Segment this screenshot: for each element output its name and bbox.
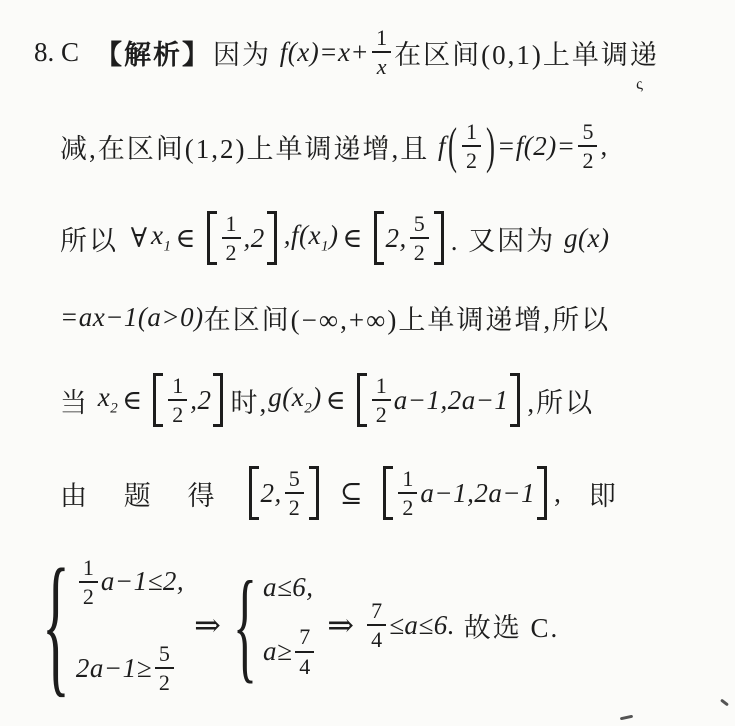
- denominator: 2: [402, 494, 413, 519]
- left-square-bracket: [153, 373, 163, 427]
- big-left-paren: (: [448, 120, 457, 171]
- denominator: 2: [172, 401, 183, 426]
- math-run: f(x)=x+: [280, 37, 369, 68]
- numerator: 1: [79, 556, 98, 583]
- line-1: 8. C 【解析】 因为 f(x)=x+ 1 x 在区间(0,1)上单调递: [34, 16, 727, 88]
- fraction-5-over-2: 5 2: [285, 467, 304, 519]
- variable: x: [151, 220, 163, 250]
- left-square-bracket: [374, 211, 384, 265]
- fraction-7-over-4: 7 4: [367, 599, 386, 651]
- subscript: 2: [110, 401, 118, 417]
- denominator: 2: [289, 494, 300, 519]
- math-run: a≥: [263, 636, 292, 667]
- math-run: ,2: [244, 223, 265, 254]
- denominator: 2: [582, 147, 593, 172]
- fraction-7-over-4: 7 4: [295, 625, 314, 677]
- numerator: 5: [285, 467, 304, 494]
- math-run: ): [312, 382, 322, 412]
- denominator: 4: [299, 653, 310, 678]
- right-square-bracket: [309, 466, 319, 520]
- math-run: f: [438, 131, 446, 162]
- variable-x1: x1: [151, 220, 171, 255]
- fraction-5-over-2: 5 2: [155, 642, 174, 694]
- math-run: ,f(x: [284, 220, 321, 250]
- element-of-symbol: ∈: [326, 385, 346, 416]
- math-run: a−1,2a−1: [420, 478, 535, 509]
- f-of-x1: ,f(x1): [284, 220, 339, 255]
- math-run: ≤a≤6.: [389, 610, 455, 641]
- math-run: a−1≤2,: [101, 566, 184, 597]
- text-run: 在区间(0,1)上单调递: [394, 33, 659, 72]
- inequality-system-2: a≤6, a≥ 7 4: [263, 572, 317, 677]
- implies-symbol: ⇒: [327, 606, 354, 644]
- subscript: 1: [164, 239, 172, 255]
- left-square-bracket: [357, 373, 367, 427]
- text-run: 时,: [230, 381, 268, 420]
- denominator: x: [377, 53, 387, 78]
- math-run: g(x): [564, 223, 609, 254]
- left-square-bracket: [249, 466, 259, 520]
- fraction-1-over-2: 1 2: [462, 120, 481, 172]
- denominator: 2: [159, 669, 170, 694]
- subscript: 1: [321, 239, 329, 255]
- line-2: 减,在区间(1,2)上单调递增,且 f ( 1 2 ) =f(2)= 5 2 ,: [60, 110, 727, 182]
- item-number-and-answer: 8. C: [34, 37, 79, 68]
- math-run: ,2: [190, 385, 211, 416]
- fraction-1-over-2: 1 2: [168, 374, 187, 426]
- math-run: a≤6,: [263, 572, 314, 603]
- variable-x2: x2: [98, 382, 118, 417]
- numerator: 5: [410, 212, 429, 239]
- math-run: 2,: [386, 223, 407, 254]
- math-run: g(x: [268, 382, 304, 412]
- fraction-5-over-2: 5 2: [410, 212, 429, 264]
- text-run: 即: [589, 474, 618, 513]
- solution-document: 8. C 【解析】 因为 f(x)=x+ 1 x 在区间(0,1)上单调递 减,…: [0, 0, 735, 720]
- interval-half-to-2: 1 2 ,2: [146, 373, 230, 427]
- system-left-brace: {: [42, 555, 70, 696]
- math-run: 2,: [261, 478, 282, 509]
- inequality-system-1: 1 2 a−1≤2, 2a−1≥ 5 2: [76, 556, 184, 694]
- fraction-1-over-x: 1 x: [372, 26, 391, 78]
- numerator: 1: [462, 120, 481, 147]
- left-square-bracket: [207, 211, 217, 265]
- right-square-bracket: [213, 373, 223, 427]
- numerator: 1: [222, 212, 241, 239]
- interval-a-expression: 1 2 a−1,2a−1: [350, 373, 528, 427]
- big-right-paren: ): [486, 120, 495, 171]
- denominator: 4: [371, 626, 382, 651]
- right-square-bracket: [537, 466, 547, 520]
- fraction-1-over-2: 1 2: [372, 374, 391, 426]
- analysis-tag: 【解析】: [95, 33, 211, 72]
- right-square-bracket: [510, 373, 520, 427]
- fraction-5-over-2: 5 2: [578, 120, 597, 172]
- line-4: =ax−1(a>0) 在区间(−∞,+∞)上单调递增,所以: [60, 288, 727, 346]
- denominator: 2: [376, 401, 387, 426]
- element-of-symbol: ∈: [343, 223, 363, 254]
- forall-symbol: ∀: [131, 223, 147, 254]
- text-run: 所以: [60, 219, 127, 258]
- interval-2-to-5-halves: 2, 5 2: [242, 466, 326, 520]
- system2-row2: a≥ 7 4: [263, 625, 317, 677]
- implies-symbol: ⇒: [194, 606, 221, 644]
- conclusion-text: 故选 C.: [455, 606, 559, 645]
- numerator: 7: [295, 625, 314, 652]
- subset-symbol: ⊆: [340, 478, 363, 509]
- math-run: =f(2)=: [497, 131, 575, 162]
- line-7: { 1 2 a−1≤2, 2a−1≥ 5 2 ⇒ { a≤6,: [42, 530, 727, 720]
- scanned-solution-page: { "colors": { "background": "#fbfbf9", "…: [0, 0, 735, 726]
- math-run: 2a−1≥: [76, 653, 152, 684]
- line-5: 当 x2 ∈ 1 2 ,2 时, g(x2) ∈ 1 2 a−1,2a−1 ,所…: [60, 364, 727, 436]
- denominator: 2: [226, 239, 237, 264]
- numerator: 5: [155, 642, 174, 669]
- text-run: ,所以: [527, 381, 594, 420]
- element-of-symbol: ∈: [176, 223, 196, 254]
- right-square-bracket: [434, 211, 444, 265]
- denominator: 2: [83, 583, 94, 608]
- line-3: 所以 ∀ x1 ∈ 1 2 ,2 ,f(x1) ∈ 2, 5 2 . 又因为 g…: [60, 202, 727, 274]
- math-run: =ax−1(a>0): [60, 302, 204, 333]
- interval-2-to-5-halves: 2, 5 2: [367, 211, 451, 265]
- text-run: 减,在区间(1,2)上单调递增,且: [60, 127, 438, 166]
- system-left-brace: {: [233, 569, 257, 682]
- variable: x: [98, 382, 110, 412]
- math-run: a−1,2a−1: [394, 385, 509, 416]
- denominator: 2: [414, 239, 425, 264]
- denominator: 2: [466, 147, 477, 172]
- text-run: 当: [60, 381, 98, 420]
- text-run: 由 题 得: [60, 474, 230, 513]
- math-run: ): [329, 220, 339, 250]
- fraction-1-over-2: 1 2: [398, 467, 417, 519]
- numerator: 5: [578, 120, 597, 147]
- numerator: 1: [372, 26, 391, 53]
- numerator: 1: [372, 374, 391, 401]
- comma: ,: [554, 478, 561, 509]
- fraction-1-over-2: 1 2: [222, 212, 241, 264]
- system2-row1: a≤6,: [263, 572, 314, 603]
- text-run: ,: [600, 131, 609, 162]
- system1-row1: 1 2 a−1≤2,: [76, 556, 184, 608]
- g-of-x2: g(x2): [268, 382, 321, 417]
- numerator: 1: [168, 374, 187, 401]
- left-square-bracket: [383, 466, 393, 520]
- text-run: 在区间(−∞,+∞)上单调递增,所以: [204, 298, 610, 337]
- element-of-symbol: ∈: [122, 385, 142, 416]
- system1-row2: 2a−1≥ 5 2: [76, 642, 177, 694]
- text-run: 因为: [213, 33, 280, 72]
- fraction-1-over-2: 1 2: [79, 556, 98, 608]
- numerator: 1: [398, 467, 417, 494]
- interval-a-expression: 1 2 a−1,2a−1: [376, 466, 554, 520]
- line-6: 由 题 得 2, 5 2 ⊆ 1 2 a−1,2a−1 , 即: [60, 456, 727, 530]
- text-run: . 又因为: [451, 219, 564, 258]
- numerator: 7: [367, 599, 386, 626]
- interval-half-to-2: 1 2 ,2: [200, 211, 284, 265]
- right-square-bracket: [267, 211, 277, 265]
